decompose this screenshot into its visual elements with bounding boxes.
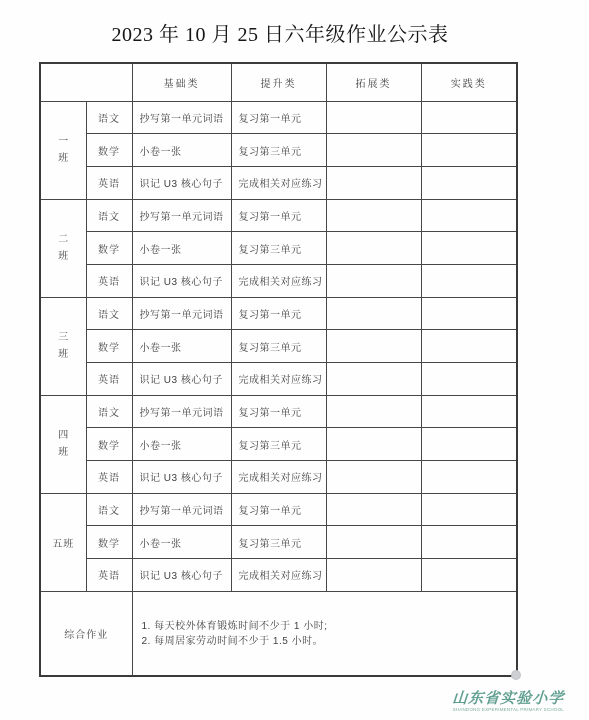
subject-cell: 英语: [86, 461, 132, 494]
cell-basic: 识记 U3 核心句子: [132, 363, 231, 396]
cell-basic: 抄写第一单元词语: [132, 297, 231, 330]
table-row: 数学 小卷一张 复习第三单元: [40, 134, 517, 167]
cell-improve: 复习第三单元: [231, 134, 326, 167]
cell-practice: [421, 526, 517, 559]
summary-row: 综合作业 1. 每天校外体育锻炼时间不少于 1 小时; 2. 每周居家劳动时间不…: [40, 591, 517, 676]
class-name: 三班: [58, 329, 68, 363]
cell-practice: [421, 493, 517, 526]
school-logo: 山东省实验小学 SHANDONG EXPERIMENTAL PRIMARY SC…: [434, 687, 583, 714]
cell-basic: 识记 U3 核心句子: [132, 166, 231, 199]
cell-basic: 抄写第一单元词语: [132, 395, 231, 428]
cell-practice: [421, 559, 517, 592]
cell-basic: 识记 U3 核心句子: [132, 461, 231, 494]
subject-cell: 数学: [86, 428, 132, 461]
subject-cell: 英语: [86, 166, 132, 199]
table-row: 数学 小卷一张 复习第三单元: [40, 428, 517, 461]
document-page: { "page": { "title": "2023 年 10 月 25 日六年…: [0, 0, 589, 720]
class-name-cell: 一班: [40, 101, 86, 199]
cell-basic: 抄写第一单元词语: [132, 199, 231, 232]
cell-basic: 小卷一张: [132, 526, 231, 559]
cell-improve: 复习第一单元: [231, 493, 326, 526]
col-header-practice: 实践类: [421, 63, 517, 101]
subject-cell: 英语: [86, 363, 132, 396]
class-name-cell: 五班: [40, 493, 86, 591]
table-row: 一班 语文 抄写第一单元词语 复习第一单元: [40, 101, 517, 134]
cell-basic: 识记 U3 核心句子: [132, 264, 231, 297]
table-row: 数学 小卷一张 复习第三单元: [40, 526, 517, 559]
subject-cell: 语文: [86, 395, 132, 428]
class-name: 五班: [52, 539, 74, 550]
class-name: 四班: [58, 427, 68, 461]
school-name: 山东省实验小学: [434, 687, 584, 708]
cell-extend: [326, 199, 421, 232]
table-header-row: 基础类 提升类 拓展类 实践类: [40, 63, 517, 101]
class-name-cell: 二班: [40, 199, 86, 297]
table-row: 英语 识记 U3 核心句子 完成相关对应练习: [40, 264, 517, 297]
cell-practice: [421, 166, 517, 199]
table-row: 英语 识记 U3 核心句子 完成相关对应练习: [40, 166, 517, 199]
cell-improve: 复习第一单元: [231, 199, 326, 232]
table-row: 英语 识记 U3 核心句子 完成相关对应练习: [40, 461, 517, 494]
class-name-cell: 三班: [40, 297, 86, 395]
cell-improve: 复习第三单元: [231, 428, 326, 461]
class-name: 一班: [58, 133, 68, 167]
cell-extend: [326, 232, 421, 265]
table-row: 四班 语文 抄写第一单元词语 复习第一单元: [40, 395, 517, 428]
summary-content: 1. 每天校外体育锻炼时间不少于 1 小时; 2. 每周居家劳动时间不少于 1.…: [132, 591, 517, 676]
summary-line-1: 1. 每天校外体育锻炼时间不少于 1 小时;: [142, 619, 517, 634]
cell-extend: [326, 526, 421, 559]
table-resize-handle[interactable]: [511, 670, 521, 680]
subject-cell: 英语: [86, 559, 132, 592]
cell-improve: 完成相关对应练习: [231, 559, 326, 592]
subject-cell: 英语: [86, 264, 132, 297]
cell-practice: [421, 461, 517, 494]
header-empty-cell: [40, 63, 132, 101]
subject-cell: 数学: [86, 330, 132, 363]
cell-basic: 小卷一张: [132, 232, 231, 265]
cell-extend: [326, 264, 421, 297]
cell-improve: 复习第三单元: [231, 526, 326, 559]
cell-improve: 复习第一单元: [231, 297, 326, 330]
cell-practice: [421, 199, 517, 232]
class-name-cell: 四班: [40, 395, 86, 493]
table-row: 三班 语文 抄写第一单元词语 复习第一单元: [40, 297, 517, 330]
subject-cell: 数学: [86, 232, 132, 265]
subject-cell: 数学: [86, 134, 132, 167]
cell-practice: [421, 297, 517, 330]
cell-basic: 小卷一张: [132, 330, 231, 363]
subject-cell: 语文: [86, 101, 132, 134]
cell-practice: [421, 101, 517, 134]
cell-improve: 复习第一单元: [231, 101, 326, 134]
cell-basic: 小卷一张: [132, 428, 231, 461]
cell-practice: [421, 363, 517, 396]
col-header-basic: 基础类: [132, 63, 231, 101]
school-name-en: SHANDONG EXPERIMENTAL PRIMARY SCHOOL: [453, 708, 564, 713]
subject-cell: 数学: [86, 526, 132, 559]
cell-improve: 完成相关对应练习: [231, 363, 326, 396]
cell-improve: 完成相关对应练习: [231, 461, 326, 494]
class-name: 二班: [58, 231, 68, 265]
cell-basic: 小卷一张: [132, 134, 231, 167]
cell-improve: 复习第一单元: [231, 395, 326, 428]
table-row: 英语 识记 U3 核心句子 完成相关对应练习: [40, 559, 517, 592]
cell-practice: [421, 330, 517, 363]
cell-improve: 复习第三单元: [231, 232, 326, 265]
cell-extend: [326, 101, 421, 134]
cell-improve: 完成相关对应练习: [231, 264, 326, 297]
cell-improve: 完成相关对应练习: [231, 166, 326, 199]
cell-extend: [326, 166, 421, 199]
subject-cell: 语文: [86, 199, 132, 232]
cell-basic: 抄写第一单元词语: [132, 493, 231, 526]
homework-table-container: 基础类 提升类 拓展类 实践类 一班 语文 抄写第一单元词语 复习第一单元 数学…: [39, 62, 518, 677]
table-row: 数学 小卷一张 复习第三单元: [40, 330, 517, 363]
cell-basic: 识记 U3 核心句子: [132, 559, 231, 592]
summary-label: 综合作业: [40, 591, 132, 676]
cell-extend: [326, 395, 421, 428]
cell-extend: [326, 297, 421, 330]
subject-cell: 语文: [86, 493, 132, 526]
summary-line-2: 2. 每周居家劳动时间不少于 1.5 小时。: [142, 634, 517, 649]
cell-extend: [326, 559, 421, 592]
cell-extend: [326, 363, 421, 396]
cell-extend: [326, 134, 421, 167]
table-row: 五班 语文 抄写第一单元词语 复习第一单元: [40, 493, 517, 526]
page-title: 2023 年 10 月 25 日六年级作业公示表: [0, 18, 560, 47]
homework-table: 基础类 提升类 拓展类 实践类 一班 语文 抄写第一单元词语 复习第一单元 数学…: [39, 62, 518, 677]
col-header-improve: 提升类: [231, 63, 326, 101]
cell-improve: 复习第三单元: [231, 330, 326, 363]
cell-basic: 抄写第一单元词语: [132, 101, 231, 134]
subject-cell: 语文: [86, 297, 132, 330]
col-header-extend: 拓展类: [326, 63, 421, 101]
table-row: 英语 识记 U3 核心句子 完成相关对应练习: [40, 363, 517, 396]
cell-practice: [421, 232, 517, 265]
cell-practice: [421, 428, 517, 461]
table-row: 数学 小卷一张 复习第三单元: [40, 232, 517, 265]
cell-extend: [326, 330, 421, 363]
table-row: 二班 语文 抄写第一单元词语 复习第一单元: [40, 199, 517, 232]
cell-extend: [326, 493, 421, 526]
cell-practice: [421, 395, 517, 428]
cell-practice: [421, 264, 517, 297]
cell-extend: [326, 461, 421, 494]
cell-extend: [326, 428, 421, 461]
cell-practice: [421, 134, 517, 167]
